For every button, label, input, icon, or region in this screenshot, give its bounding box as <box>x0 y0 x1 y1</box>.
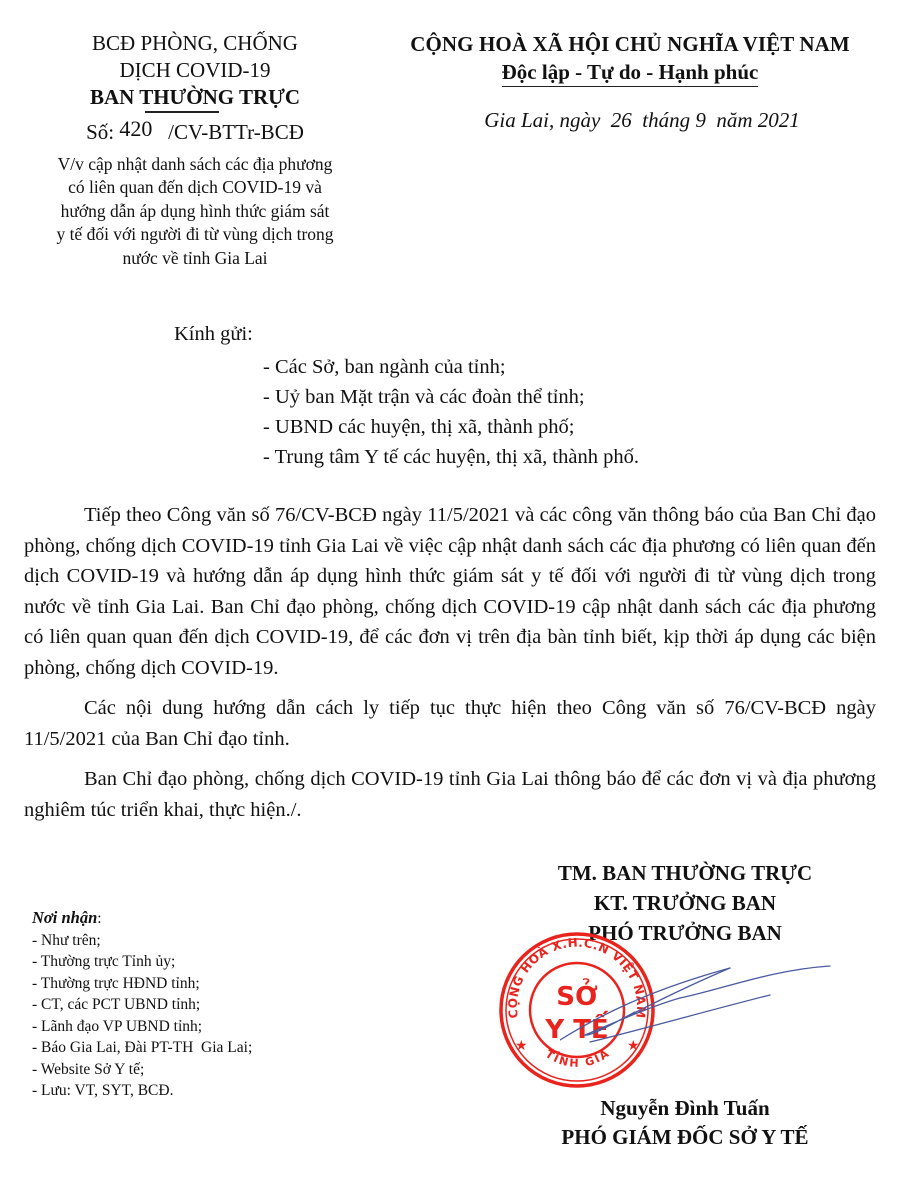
svg-text:★: ★ <box>515 1039 528 1054</box>
subject-block: V/v cập nhật danh sách các địa phương có… <box>30 153 360 271</box>
recipient-item: - Uỷ ban Mặt trận và các đoàn thể tỉnh; <box>263 382 639 412</box>
signer-block: Nguyễn Đình Tuấn PHÓ GIÁM ĐỐC SỞ Y TẾ <box>470 1094 900 1152</box>
national-header-block: CỘNG HOÀ XÃ HỘI CHỦ NGHĨA VIỆT NAM Độc l… <box>360 30 900 133</box>
signature-line-2: KT. TRƯỞNG BAN <box>470 888 900 918</box>
distribution-item: - Lãnh đạo VP UBND tỉnh; <box>32 1016 252 1038</box>
distribution-item: - Lưu: VT, SYT, BCĐ. <box>32 1080 252 1102</box>
distribution-item: - Như trên; <box>32 930 252 952</box>
agency-line-2: DỊCH COVID-19 <box>30 57 360 84</box>
distribution-heading: Nơi nhận: <box>32 907 252 930</box>
subject-line: hướng dẫn áp dụng hình thức giám sát <box>30 200 360 224</box>
body-paragraph: Tiếp theo Công văn số 76/CV-BCĐ ngày 11/… <box>24 500 876 683</box>
distribution-item: - Website Sở Y tế; <box>32 1059 252 1081</box>
distribution-item: - Thường trực HĐND tỉnh; <box>32 973 252 995</box>
subject-line: y tế đối với người đi từ vùng dịch trong <box>30 223 360 247</box>
recipient-item: - Các Sở, ban ngành của tỉnh; <box>263 352 639 382</box>
distribution-block: Nơi nhận: - Như trên; - Thường trực Tỉnh… <box>32 907 252 1102</box>
distribution-item: - Báo Gia Lai, Đài PT-TH Gia Lai; <box>32 1037 252 1059</box>
recipient-item: - UBND các huyện, thị xã, thành phố; <box>263 412 639 442</box>
number-prefix: Số: <box>86 120 114 144</box>
signer-name: Nguyễn Đình Tuấn <box>470 1094 900 1123</box>
signature-line-1: TM. BAN THƯỜNG TRỰC <box>470 858 900 888</box>
issuing-agency-block: BCĐ PHÒNG, CHỐNG DỊCH COVID-19 BAN THƯỜN… <box>30 30 360 270</box>
subject-line: V/v cập nhật danh sách các địa phương <box>30 153 360 177</box>
agency-underline <box>145 111 219 113</box>
handwritten-signature-icon <box>560 960 840 1060</box>
national-motto: Độc lập - Tự do - Hạnh phúc <box>360 58 900 86</box>
agency-name: BAN THƯỜNG TRỰC <box>30 84 360 111</box>
recipient-list: - Các Sở, ban ngành của tỉnh; - Uỷ ban M… <box>263 352 639 472</box>
body-paragraph: Các nội dung hướng dẫn cách ly tiếp tục … <box>24 693 876 754</box>
national-title: CỘNG HOÀ XÃ HỘI CHỦ NGHĨA VIỆT NAM <box>360 30 900 58</box>
document-number: Số: 420 /CV-BTTr-BCĐ <box>30 117 360 147</box>
recipient-item: - Trung tâm Y tế các huyện, thị xã, thàn… <box>263 442 639 472</box>
number-value: 420 <box>119 116 152 141</box>
subject-line: có liên quan đến dịch COVID-19 và <box>30 176 360 200</box>
signer-position: PHÓ GIÁM ĐỐC SỞ Y TẾ <box>470 1123 900 1152</box>
agency-line-1: BCĐ PHÒNG, CHỐNG <box>30 30 360 57</box>
greeting: Kính gửi: <box>174 323 253 346</box>
number-suffix: /CV-BTTr-BCĐ <box>168 120 304 144</box>
document-body: Tiếp theo Công văn số 76/CV-BCĐ ngày 11/… <box>24 500 876 835</box>
place-date: Gia Lai, ngày 26 tháng 9 năm 2021 <box>372 108 900 133</box>
distribution-item: - Thường trực Tỉnh ủy; <box>32 951 252 973</box>
body-paragraph: Ban Chỉ đạo phòng, chống dịch COVID-19 t… <box>24 764 876 825</box>
distribution-item: - CT, các PCT UBND tỉnh; <box>32 994 252 1016</box>
subject-line: nước về tỉnh Gia Lai <box>30 247 360 271</box>
